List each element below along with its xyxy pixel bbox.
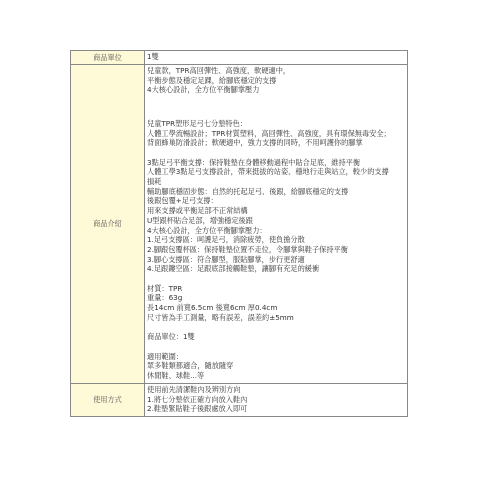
text-line: 休閒鞋、球鞋...等 [147, 371, 405, 381]
text-line: 使用前先清潔鞋內及辨別方向 [147, 385, 405, 395]
text-line: 4大核心設計，全方位平衡腳掌壓力 [147, 85, 405, 95]
intro-group-support: 3點足弓平衡支撐：保持鞋墊在身體移動過程中貼合足底，維持平衡 人體工學3點足弓支… [147, 158, 405, 274]
product-spec-table: 商品單位 1雙 商品介紹 兒童款，TPR高回彈性、高強度，軟硬適中， 平衡步態及… [70, 50, 408, 417]
text-line: 1.足弓支撐區：呵護足弓，消除疲勞，使負擔分散 [147, 235, 405, 245]
text-line: 3.腳心支撐區：符合腳型，服貼腳掌，步行更舒適 [147, 255, 405, 265]
intro-group-specs: 材質：TPR 重量：63g 長14cm 前寬6.5cm 後寬6cm 厚0.4cm… [147, 284, 405, 323]
text-line: 商品單位：1雙 [147, 332, 405, 342]
intro-group-features: 兒童TPR塑形足弓七分墊特色： 人體工學流暢設計；TPR材質塑料，高回彈性、高強… [147, 119, 405, 148]
text-line: 材質：TPR [147, 284, 405, 294]
text-line: 損耗 [147, 177, 405, 187]
text-line: 4.足跟鏤空區：足跟底部接觸鞋墊，讓腳有充足的緩衝 [147, 264, 405, 274]
label-product-unit: 商品單位 [71, 51, 145, 65]
intro-group-scope: 適用範圍： 眾多鞋類都適合，隨放隨穿 休閒鞋、球鞋...等 [147, 352, 405, 381]
text-line: 平衡步態及穩定足踝，給腳底穩定的支撐 [147, 76, 405, 86]
text-line: 2.鞋墊緊貼鞋子後跟處放入即可 [147, 404, 405, 414]
value-usage: 使用前先清潔鞋內及辨別方向 1.將七分墊依正確方向放入鞋內 2.鞋墊緊貼鞋子後跟… [145, 384, 408, 417]
label-product-intro: 商品介紹 [71, 65, 145, 384]
text-line: 後跟包覆+足弓支撐： [147, 196, 405, 206]
row-product-unit: 商品單位 1雙 [71, 51, 408, 65]
label-usage: 使用方式 [71, 384, 145, 417]
text-line: 兒童款，TPR高回彈性、高強度，軟硬適中， [147, 66, 405, 76]
text-line: U型跟杯貼合足部，增強穩定後跟 [147, 216, 405, 226]
text-line: 重量：63g [147, 293, 405, 303]
intro-group-unit: 商品單位：1雙 [147, 332, 405, 342]
text-line: 尺寸皆為手工測量，略有誤差，誤差約±5mm [147, 313, 405, 323]
text-line: 4大核心設計，全方位平衡腳掌壓力： [147, 226, 405, 236]
text-line: 適用範圍： [147, 352, 405, 362]
text-line: 輔助腳底穩固步態：自然的托起足弓、後跟，給腳底穩定的支撐 [147, 187, 405, 197]
text-line: 長14cm 前寬6.5cm 後寬6cm 厚0.4cm [147, 303, 405, 313]
row-usage: 使用方式 使用前先清潔鞋內及辨別方向 1.將七分墊依正確方向放入鞋內 2.鞋墊緊… [71, 384, 408, 417]
text-line: 兒童TPR塑形足弓七分墊特色： [147, 119, 405, 129]
intro-group-summary: 兒童款，TPR高回彈性、高強度，軟硬適中， 平衡步態及穩定足踝，給腳底穩定的支撐… [147, 66, 405, 95]
text-line: 人體工學流暢設計；TPR材質塑料，高回彈性、高強度，具有環保無毒安全； [147, 129, 405, 139]
text-line: 1雙 [147, 52, 405, 62]
row-product-intro: 商品介紹 兒童款，TPR高回彈性、高強度，軟硬適中， 平衡步態及穩定足踝，給腳底… [71, 65, 408, 384]
text-line: 人體工學3點足弓支撐設計，帶來挺拔的站姿、穩地行走與站立，較少的支撐 [147, 167, 405, 177]
value-product-unit: 1雙 [145, 51, 408, 65]
text-line: 用來支撐或平衡足部不正常結構 [147, 206, 405, 216]
text-line: 背面蜂巢防滑設計；軟硬適中，強力支撐的同時，不用呵護你的腳掌 [147, 138, 405, 148]
text-line: 眾多鞋類都適合，隨放隨穿 [147, 361, 405, 371]
text-line: 2.腳跟包覆杯區：保持鞋墊位置不走位，令腳掌與鞋子保持平衡 [147, 245, 405, 255]
text-line: 1.將七分墊依正確方向放入鞋內 [147, 395, 405, 405]
text-line: 3點足弓平衡支撐：保持鞋墊在身體移動過程中貼合足底，維持平衡 [147, 158, 405, 168]
value-product-intro: 兒童款，TPR高回彈性、高強度，軟硬適中， 平衡步態及穩定足踝，給腳底穩定的支撐… [145, 65, 408, 384]
